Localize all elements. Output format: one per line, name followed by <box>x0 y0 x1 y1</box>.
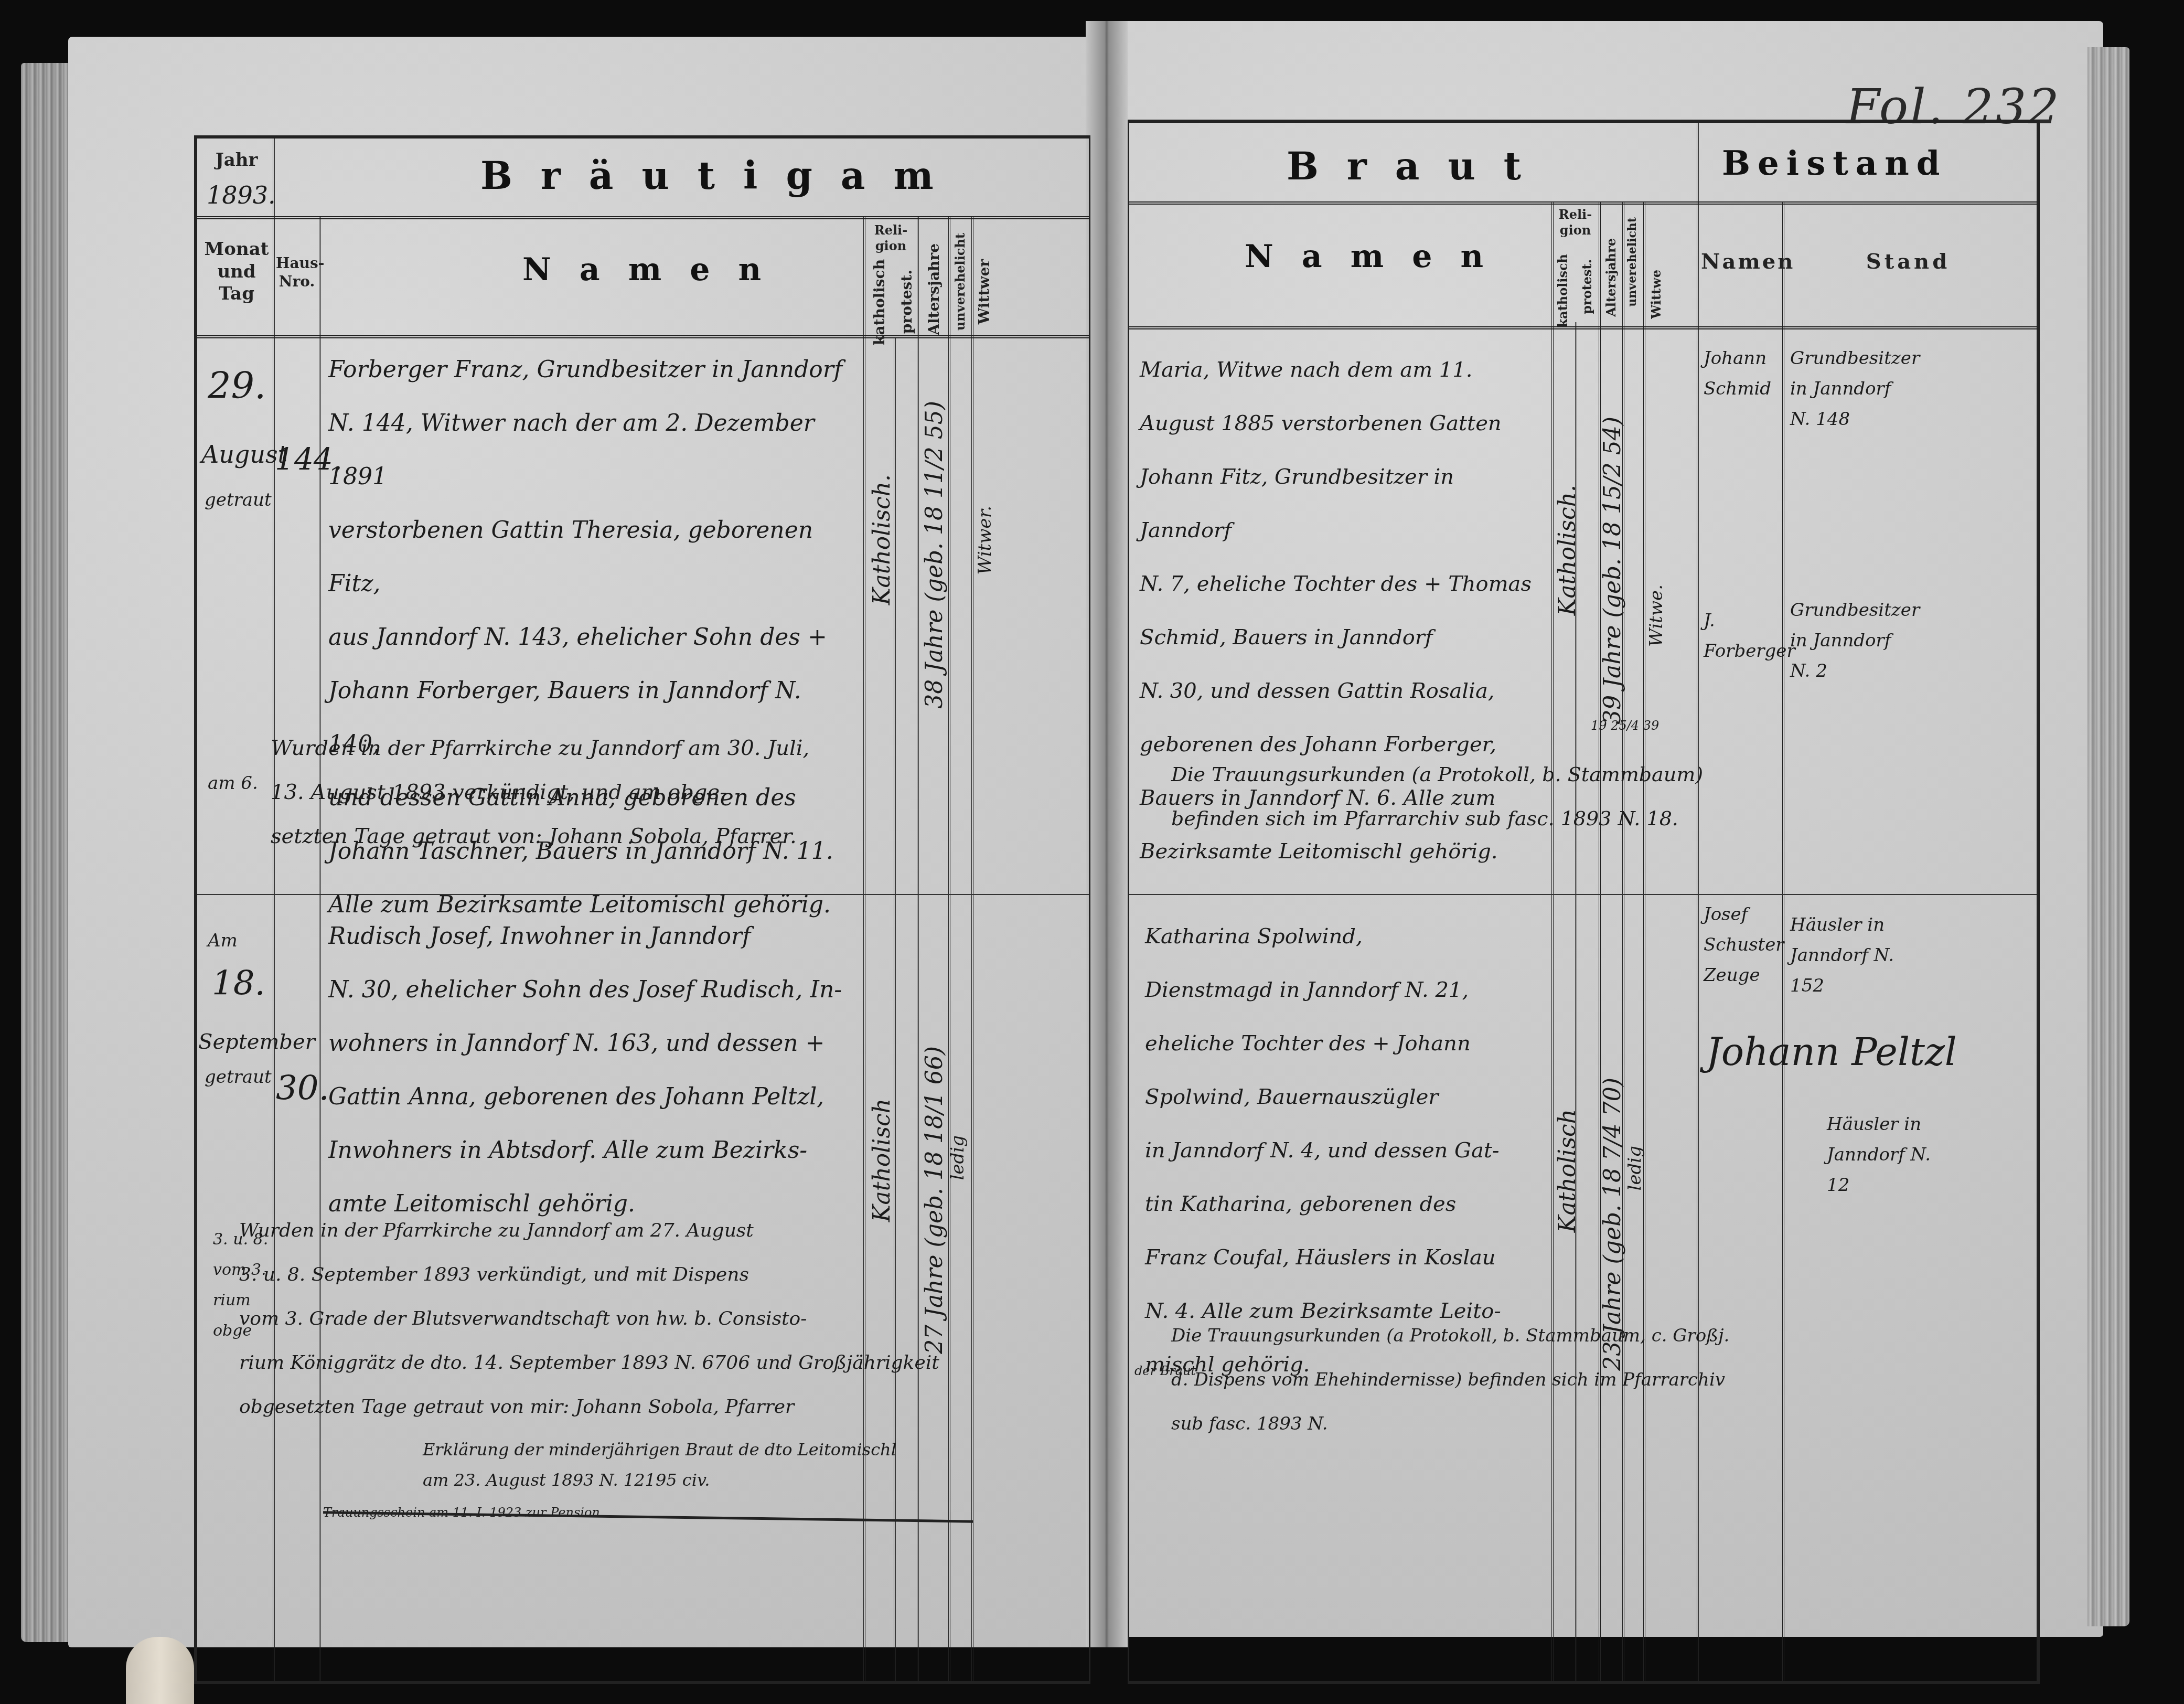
col-house-no: Haus-Nro. <box>276 254 318 291</box>
entry-2-groom-details: Rudisch Josef, Inwohner in Janndorf N. 3… <box>328 910 858 1231</box>
divider <box>948 216 950 1681</box>
divider <box>1551 201 1554 1681</box>
entry-2-status: getraut <box>205 1062 272 1092</box>
col-religion: Reli-gion <box>1553 207 1598 238</box>
entry-2-religion: Katholisch <box>1554 1109 1581 1232</box>
entry-1-documents-note: Die Trauungsurkunden (a Protokoll, b. St… <box>1171 752 1958 840</box>
divider <box>1129 326 2037 329</box>
divider <box>197 335 1089 338</box>
entry-2-religion: Katholisch <box>869 1099 895 1222</box>
groom-table: Jahr 1893. Bräutigam Monat und Tag Haus-… <box>194 135 1090 1684</box>
bride-section-title: Braut <box>1287 144 1549 188</box>
entry-2-banns-note: Wurden in der Pfarrkirche zu Janndorf am… <box>239 1209 963 1429</box>
entry-1-marital: Witwe. <box>1646 584 1667 647</box>
entry-1-banns-prefix: am 6. <box>208 768 258 798</box>
entry-1-witness-1-status: Grundbesitzer in Janndorf N. 148 <box>1790 343 1895 434</box>
entry-1-status: getraut <box>205 485 272 515</box>
divider <box>1643 201 1645 1681</box>
year-value: 1893. <box>207 173 276 217</box>
col-catholic: katholisch <box>1555 254 1570 328</box>
divider <box>273 139 275 1681</box>
divider <box>1697 123 1699 1681</box>
col-unmarried: unverehelicht <box>952 233 968 331</box>
entry-2-witness-1-status: Häusler in Janndorf N. 152 <box>1790 910 1895 1001</box>
col-month-day: Monat und Tag <box>202 238 271 305</box>
witness-col-status: Stand <box>1785 249 2031 275</box>
col-names: Namen <box>522 251 789 288</box>
entry-1-religion: Katholisch. <box>1554 485 1581 615</box>
groom-section-title: Bräutigam <box>480 153 962 198</box>
divider <box>971 216 973 1681</box>
entry-2-minor-bride-declaration: Erklärung der minderjährigen Braut de dt… <box>423 1434 947 1495</box>
col-catholic: katholisch <box>871 259 888 345</box>
wooden-page-holder <box>126 1637 194 1704</box>
col-names: Namen <box>1245 238 1512 275</box>
entry-2-witness-2-status: Häusler in Janndorf N. 12 <box>1827 1109 1932 1200</box>
entry-2-witness-2-signature: Johann Peltzl <box>1706 1025 1968 1079</box>
divider <box>197 216 1089 219</box>
entry-separator <box>1129 894 2037 895</box>
entry-2-witness-1-name: Josef Schuster Zeuge <box>1704 899 1782 991</box>
entry-2-marital: ledig <box>1624 1146 1645 1190</box>
divider <box>1129 201 2037 205</box>
entry-2-house-no: 30. <box>276 1062 329 1115</box>
entry-1-banns-note: Wurden in der Pfarrkirche zu Janndorf am… <box>271 726 858 858</box>
book-gutter <box>1086 21 1128 1647</box>
col-religion: Reli-gion <box>866 222 916 254</box>
entry-1-day: 29. <box>208 359 266 412</box>
witness-section-title: Beistand <box>1722 144 1947 183</box>
col-age: Altersjahre <box>925 243 943 335</box>
entry-1-witness-1-name: Johann Schmid <box>1704 343 1782 404</box>
entry-1-religion: Katholisch. <box>869 474 895 605</box>
col-unmarried: unverehelicht <box>1625 217 1639 307</box>
col-widower: Wittwer <box>976 259 993 324</box>
entry-1-marital: Witwer. <box>975 506 995 574</box>
col-age: Altersjahre <box>1603 238 1619 317</box>
entry-1-age: 39 Jahre (geb. 18 15/2 54) <box>1599 417 1626 725</box>
col-protestant: protest. <box>898 270 915 334</box>
col-protestant: protest. <box>1579 259 1594 314</box>
col-widow: Wittwe <box>1648 270 1664 319</box>
entry-2-month: September <box>198 1020 315 1064</box>
year-label: Jahr <box>202 149 271 172</box>
entry-2-documents-note: Die Trauungsurkunden (a Protokoll, b. St… <box>1171 1314 2021 1446</box>
entry-2-prefix: Am <box>208 925 238 956</box>
entry-1-witness-2-status: Grundbesitzer in Janndorf N. 2 <box>1790 595 1895 686</box>
bride-witness-table: Braut Beistand Namen Reli-gion katholisc… <box>1128 120 2040 1684</box>
entry-1-witness-2-name: J. Forberger <box>1704 605 1782 666</box>
witness-col-name: Namen <box>1701 249 1780 275</box>
book-page-stack-right <box>2087 47 2129 1626</box>
entry-1-age-note: 19 25/4 39 <box>1591 710 1659 741</box>
entry-2-marital: ledig <box>947 1135 968 1180</box>
entry-2-day: 18. <box>212 957 265 1010</box>
entry-1-age: 38 Jahre (geb. 18 11/2 55) <box>921 401 948 709</box>
